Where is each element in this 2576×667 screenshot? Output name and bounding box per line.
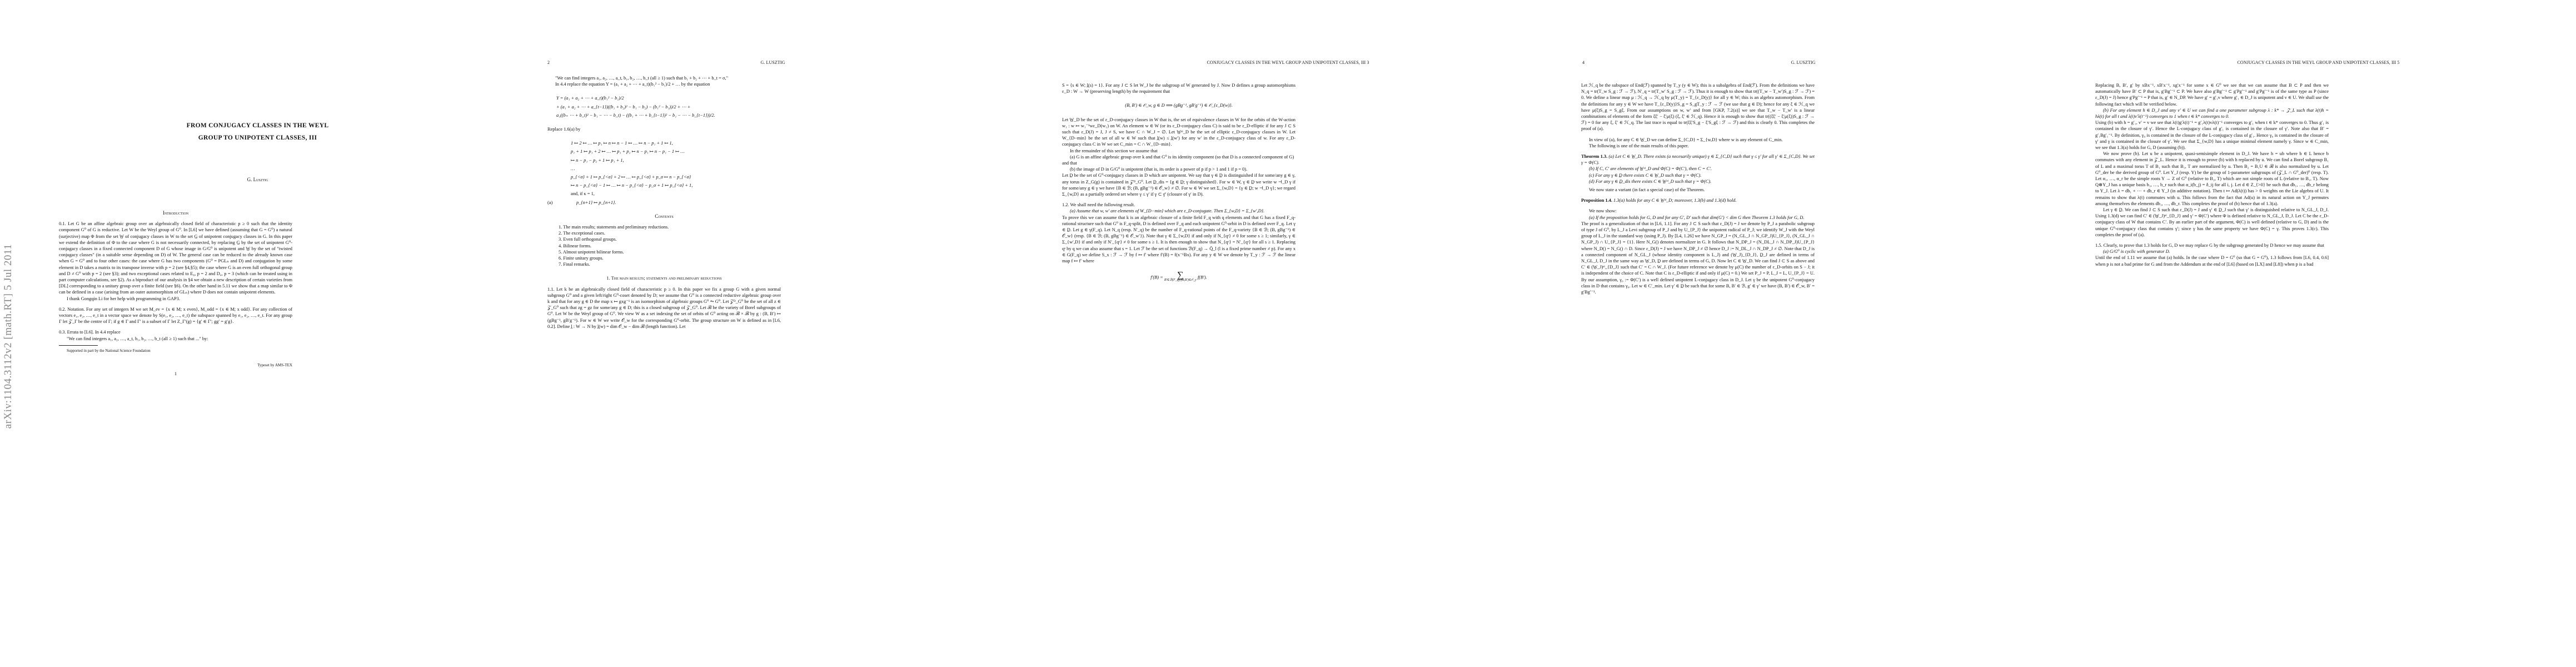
theorem-d: (d) For any γ ∈ D̲_dis there exists C ∈ … (1581, 178, 1815, 185)
paragraph-until: Until the end of 1.11 we assume that (a)… (2095, 255, 2329, 267)
section-heading-introduction: Introduction (59, 210, 292, 216)
author: G. Lusztig (0, 177, 515, 182)
toc-item[interactable]: 6. Finite unitary groups. (547, 255, 781, 261)
paragraph-generalization-proof: The proof is a generalization of that in… (1581, 221, 1815, 295)
paragraph-0-3-errata: 0.3. Errata to [L6]. In 4.4 replace (59, 329, 292, 335)
equation-line: Y = (a₁ + a₂ + ⋯ + a_t)(b₁² − b₁)/2 (556, 95, 781, 101)
replace-label: Replace 1.6(a) by (547, 126, 781, 132)
table-of-contents: 1. The main results; statements and prel… (547, 224, 781, 267)
equation-line: a₁((b₊ ⋯ + b_t)² − b₁ − ⋯ − b_t) − ((b₁ … (556, 112, 781, 118)
paragraph-proof: To prove this we can assume that k is an… (1062, 215, 1296, 265)
paragraph-Hecke: Let ℋ_q be the subspace of End(ℱ) spanne… (1581, 82, 1815, 132)
page-number: 1 (59, 371, 292, 377)
statement-b: (b) For any element h ∈ D_J and any v′ ∈… (2095, 107, 2329, 120)
page-5-body: Replacing B, B′, g′ by xBx⁻¹, xB′x⁻¹, xg… (2095, 82, 2329, 267)
map-line: ↦ n − p_{<σ} − 1 ↦ … ↦ n − p_{<σ} − p_σ … (571, 182, 781, 188)
proposition-label: Proposition 1.4. (1581, 198, 1612, 203)
title-line-2: GROUP TO UNIPOTENT CLASSES, III (0, 132, 515, 144)
page-4-body: Let ℋ_q be the subspace of End(ℱ) spanne… (1581, 82, 1815, 295)
typeset-credit: Typeset by AMS-TEX (59, 362, 292, 369)
paragraph-replace-equation: In 4.4 replace the equation Y = (a₁ + a₂… (547, 81, 781, 87)
paragraph-1-1: 1.1. Let k be an algebraically closed fi… (547, 286, 781, 330)
assumption-a: (a) G is an affine algebraic group over … (1062, 154, 1296, 160)
sum-lhs: f′(B) = (1150, 275, 1163, 280)
page-5: CONJUGACY CLASSES IN THE WEYL GROUP AND … (2061, 0, 2576, 667)
sum-rhs: f(B′). (1198, 275, 1207, 280)
running-head: G. LUSZTIG (515, 60, 1030, 65)
footnote-rule (59, 345, 98, 346)
toc-item[interactable]: 5. Almost unipotent bilinear forms. (547, 249, 781, 255)
paragraph-1-2: 1.2. We shall need the following result. (1062, 202, 1296, 208)
toc-item[interactable]: 7. Final remarks. (547, 261, 781, 267)
theorem-c: (c) For any γ ∈ D̲ there exists C ∈ W̲_D… (1581, 172, 1815, 178)
map-display: 1 ↦ 2 ↦ … ↦ p₁ ↦ n ↦ n − 1 ↦ … ↦ n − p₁ … (547, 140, 781, 197)
running-head: CONJUGACY CLASSES IN THE WEYL GROUP AND … (1030, 60, 1546, 65)
toc-item[interactable]: 2. The exceptional cases. (547, 230, 781, 236)
page-3: CONJUGACY CLASSES IN THE WEYL GROUP AND … (1030, 0, 1546, 667)
statement-a: (a) If the proposition holds for G, D an… (1581, 215, 1815, 221)
paragraph-variant: We now state a variant (in fact a specia… (1581, 187, 1815, 193)
page-4: 4 G. LUSZTIG Let ℋ_q be the subspace of … (1546, 0, 2061, 667)
proposition-1-4: Proposition 1.4. 1.3(a) holds for any C … (1581, 197, 1815, 203)
arxiv-identifier: arXiv:1104.3112v2 [math.RT] 5 Jul 2011 (2, 244, 14, 429)
display-orbit-equation: (B, B′) ∈ 𝒪_w, g ∈ D ⟹ (gBg⁻¹, gB′g⁻¹) ∈… (1062, 102, 1296, 108)
paragraph-D-distinguished: Let D̲ be the set of G⁰-conjugacy classe… (1062, 172, 1296, 197)
paragraph-1-5: 1.5. Clearly, to prove that 1.3 holds fo… (2095, 242, 2329, 248)
paragraph-S-definition: S = {s ∈ W; l̲(s) = 1}. For any J ⊂ S le… (1062, 82, 1296, 94)
paragraph-replacing: Replacing B, B′, g′ by xBx⁻¹, xB′x⁻¹, xg… (2095, 82, 2329, 107)
map-line: … (571, 166, 781, 172)
paragraph-quote: "We can find integers a₁, a₂, …, a_t, b₁… (547, 75, 781, 81)
paragraph-now-show: We now show: (1581, 208, 1815, 214)
proposition-text: 1.3(a) holds for any C ∈ W̲ᵉˡ_D; moreove… (1613, 198, 1736, 203)
map-line: and, if κ = 1, (571, 191, 781, 197)
equation-label: (a) (547, 200, 576, 206)
paragraph-let-gamma: Let γ ∈ D̲. We can find J ⊂ S such that … (2095, 207, 2329, 238)
theorem-b: (b) If C, C′ are elements of W̲ᵉˡ_D and … (1581, 166, 1815, 172)
toc-item[interactable]: 1. The main results; statements and prel… (547, 224, 781, 230)
paragraph-following: The following is one of the main results… (1581, 143, 1815, 149)
sum-equation: f′(B) = ∑ B′∈ℬ(F_q);(B,B′)∈𝒪_y f(B′). (1062, 272, 1296, 283)
equation-Y: Y = (a₁ + a₂ + ⋯ + a_t)(b₁² − b₁)/2 + (a… (547, 95, 781, 118)
theorem-1-3: Theorem 1.3. (a) Let C ∈ W̲_D. There exi… (1581, 153, 1815, 166)
paper-title: FROM CONJUGACY CLASSES IN THE WEYL GROUP… (0, 120, 515, 144)
and-that: and that (1062, 160, 1296, 166)
toc-item[interactable]: 4. Bilinear forms. (547, 243, 781, 249)
page-2: 2 G. LUSZTIG "We can find integers a₁, a… (515, 0, 1030, 667)
running-head: G. LUSZTIG (1546, 60, 2061, 65)
contents-heading: Contents (547, 213, 781, 220)
theorem-label: Theorem 1.3. (1581, 154, 1607, 159)
paragraph-prove-b: We now prove (b). Let u be a unipotent, … (2095, 151, 2329, 207)
map-line: p_{<σ} + 1 ↦ p_{<σ} + 2 ↦ … ↦ p_{<σ} + p… (571, 174, 781, 180)
page-3-body: S = {s ∈ W; l̲(s) = 1}. For any J ⊂ S le… (1062, 82, 1296, 291)
assumption-b: (b) the image of D in G/G⁰ is unipotent … (1062, 166, 1296, 172)
map-line: ↦ n − p₁ − p₂ + 1 ↦ p₁ + 1, (571, 157, 781, 163)
sum-subscript: B′∈ℬ(F_q);(B,B′)∈𝒪_y (1164, 277, 1197, 283)
paragraph-0-1: 0.1. Let G be an affine algebraic group … (59, 221, 292, 295)
paragraph-errata-quote: "We can find integers a₁, a₂, …, a_t, b₁… (59, 336, 292, 342)
paragraph-in-view: In view of (a), for any C ∈ W̲_D we can … (1581, 137, 1815, 143)
arxiv-stamp: arXiv:1104.3112v2 [math.RT] 5 Jul 2011 (0, 156, 17, 517)
equation-line: + (a₁ + a₂ + ⋯ + a_{t−1})((b₁ + b₂)² − b… (556, 104, 781, 110)
statement-1-5-a: (a) G/G⁰ is cyclic with generator D. (2095, 248, 2329, 255)
map-line: p_{n+1} ↦ p_{n+1}. (576, 200, 616, 205)
paragraph-0-2-notation: 0.2. Notation. For any set of integers M… (59, 306, 292, 325)
page-2-body: "We can find integers a₁, a₂, …, a_t, b₁… (547, 75, 781, 330)
page-1: arXiv:1104.3112v2 [math.RT] 5 Jul 2011 F… (0, 0, 515, 667)
page-1-body: Introduction 0.1. Let G be an affine alg… (59, 210, 292, 377)
footnote: Supported in part by the National Scienc… (59, 348, 292, 354)
map-line-a: (a)p_{n+1} ↦ p_{n+1}. (547, 200, 781, 206)
map-line: p₁ + 1 ↦ p₁ + 2 ↦ … ↦ p₁ + p₂ ↦ n − p₁ ↦… (571, 148, 781, 155)
section-heading-1: 1. The main results; statements and prel… (547, 275, 781, 281)
paragraph-W-D: Let W̲_D be the set of ε_D-conjugacy cla… (1062, 117, 1296, 148)
map-line: 1 ↦ 2 ↦ … ↦ p₁ ↦ n ↦ n − 1 ↦ … ↦ n − p₁ … (571, 140, 781, 146)
paragraph-acknowledgement: I thank Gongqin Li for her help with pro… (59, 296, 292, 302)
running-head: CONJUGACY CLASSES IN THE WEYL GROUP AND … (2061, 60, 2576, 65)
statement-1-2-a: (a) Assume that w, w′ are elements of W_… (1062, 208, 1296, 214)
title-line-1: FROM CONJUGACY CLASSES IN THE WEYL (0, 120, 515, 132)
paragraph-assume: In the remainder of this section we assu… (1062, 148, 1296, 154)
toc-item[interactable]: 3. Even full orthogonal groups. (547, 236, 781, 242)
paragraph-using-b: Using (b) with h = g′₁, v′ = v we see th… (2095, 120, 2329, 151)
theorem-a: (a) Let C ∈ W̲_D. There exists (a necesa… (1581, 154, 1815, 165)
